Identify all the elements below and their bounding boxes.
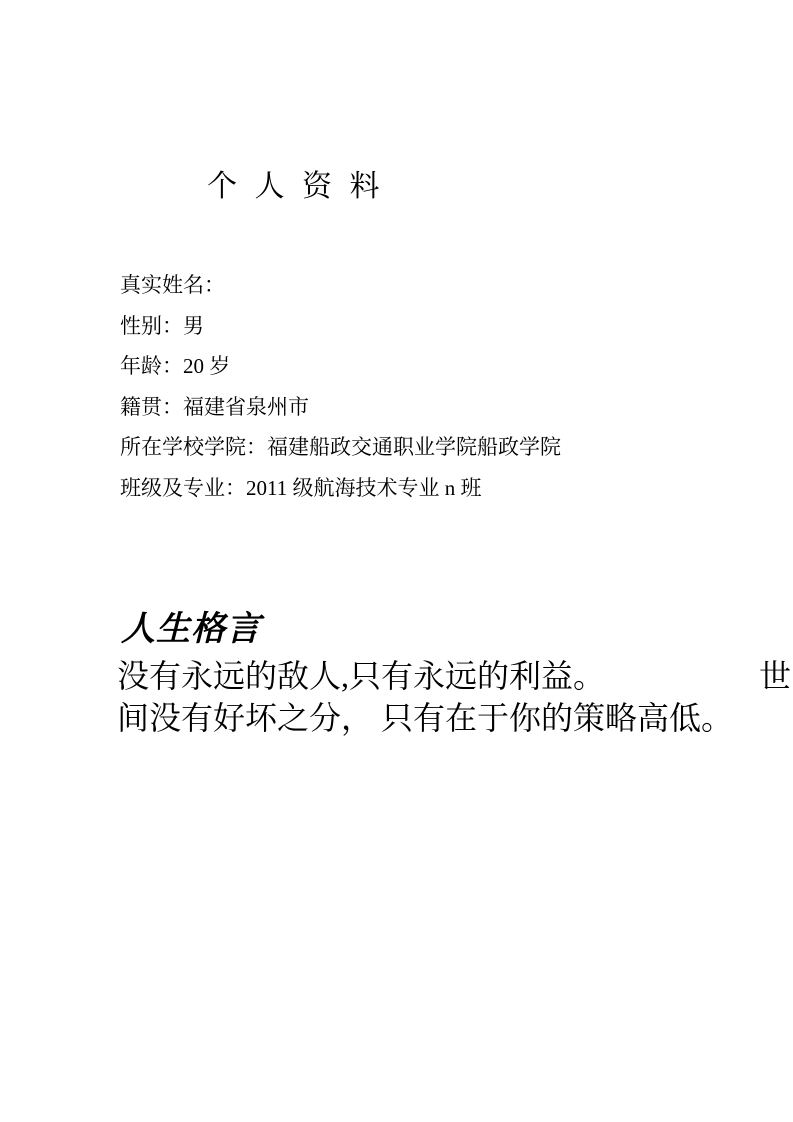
info-label: 年龄： bbox=[120, 354, 183, 378]
info-row-age: 年龄：20 岁 bbox=[120, 346, 561, 387]
page-title: 个 人 资 料 bbox=[207, 169, 385, 205]
info-value: 2011 级航海技术专业 n 班 bbox=[246, 476, 481, 500]
motto-body: 没有永远的敌人,只有永远的利益。 世 间没有好坏之分， 只有在于你的策略高低。 bbox=[117, 655, 791, 739]
motto-line-1-right: 世 bbox=[759, 655, 791, 697]
info-value: 男 bbox=[183, 314, 204, 338]
info-row-class-major: 班级及专业：2011 级航海技术专业 n 班 bbox=[120, 468, 561, 509]
info-row-real-name: 真实姓名： bbox=[120, 265, 561, 306]
motto-heading: 人生格言 bbox=[121, 610, 261, 648]
info-label: 真实姓名： bbox=[120, 273, 225, 297]
info-row-gender: 性别：男 bbox=[120, 306, 561, 347]
motto-line-2: 间没有好坏之分， 只有在于你的策略高低。 bbox=[117, 697, 791, 739]
info-value: 20 岁 bbox=[183, 354, 230, 378]
info-value: 福建船政交通职业学院船政学院 bbox=[267, 435, 561, 459]
info-label: 籍贯： bbox=[120, 395, 183, 419]
info-label: 性别： bbox=[120, 314, 183, 338]
personal-info-list: 真实姓名： 性别：男 年龄：20 岁 籍贯：福建省泉州市 所在学校学院：福建船政… bbox=[120, 265, 561, 508]
info-row-hometown: 籍贯：福建省泉州市 bbox=[120, 387, 561, 428]
document-page: 个 人 资 料 真实姓名： 性别：男 年龄：20 岁 籍贯：福建省泉州市 所在学… bbox=[0, 0, 793, 1122]
info-value: 福建省泉州市 bbox=[183, 395, 309, 419]
info-row-school: 所在学校学院：福建船政交通职业学院船政学院 bbox=[120, 427, 561, 468]
motto-line-1-left: 没有永远的敌人,只有永远的利益。 bbox=[117, 655, 605, 697]
info-label: 所在学校学院： bbox=[120, 435, 267, 459]
motto-line-1: 没有永远的敌人,只有永远的利益。 世 bbox=[117, 655, 791, 697]
info-label: 班级及专业： bbox=[120, 476, 246, 500]
